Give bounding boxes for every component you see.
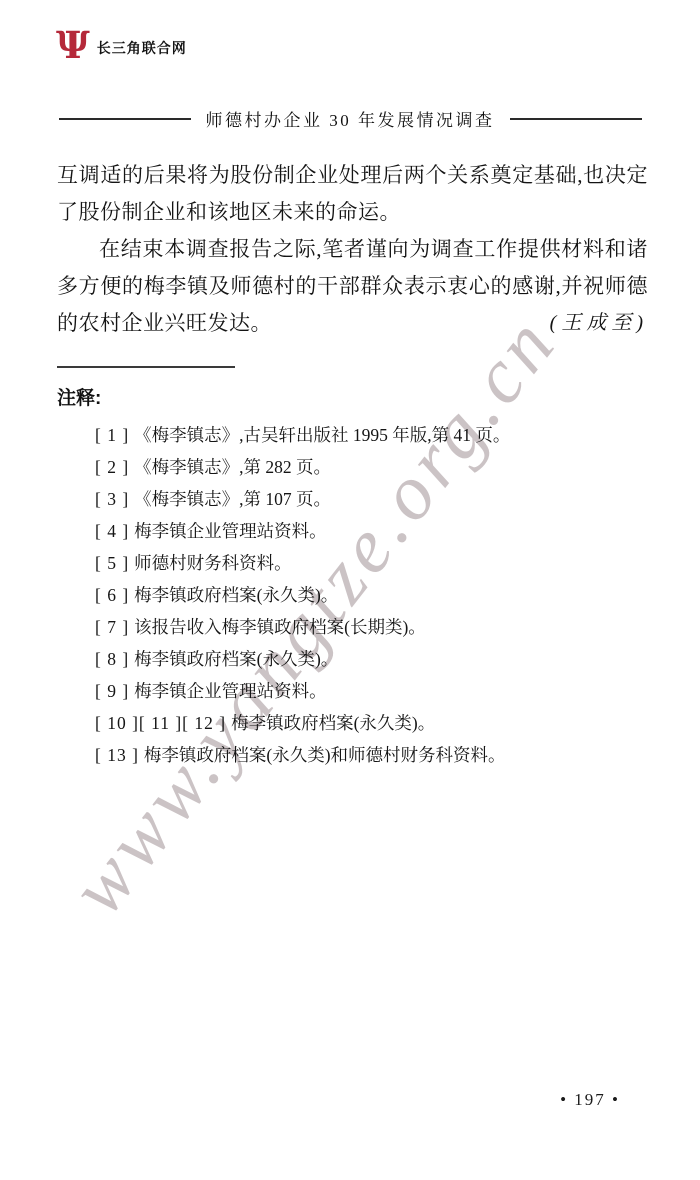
paragraph-1: 互调适的后果将为股份制企业处理后两个关系奠定基础,也决定了股份制企业和该地区未来… bbox=[57, 157, 648, 231]
note-item: [ 6 ]梅李镇政府档案(永久类)。 bbox=[95, 579, 648, 611]
note-label: [ 5 ] bbox=[95, 553, 129, 573]
note-label: [ 2 ] bbox=[95, 457, 129, 477]
note-text: 《梅李镇志》,第 282 页。 bbox=[134, 457, 331, 477]
note-text: 梅李镇政府档案(永久类)。 bbox=[134, 585, 338, 605]
note-item: [ 3 ]《梅李镇志》,第 107 页。 bbox=[95, 483, 648, 515]
note-text: 该报告收入梅李镇政府档案(长期类)。 bbox=[134, 617, 426, 637]
running-head: 师德村办企业 30 年发展情况调查 bbox=[0, 106, 700, 131]
page-number: • 197 • bbox=[560, 1090, 620, 1110]
note-label: [ 1 ] bbox=[95, 425, 129, 445]
note-text: 《梅李镇志》,古吴轩出版社 1995 年版,第 41 页。 bbox=[134, 425, 510, 445]
note-text: 梅李镇政府档案(永久类)。 bbox=[231, 713, 435, 733]
note-text: 梅李镇政府档案(永久类)和师德村财务科资料。 bbox=[144, 745, 506, 765]
note-item: [ 10 ][ 11 ][ 12 ]梅李镇政府档案(永久类)。 bbox=[95, 707, 648, 739]
note-item: [ 7 ]该报告收入梅李镇政府档案(长期类)。 bbox=[95, 611, 648, 643]
note-label: [ 13 ] bbox=[95, 745, 139, 765]
note-item: [ 9 ]梅李镇企业管理站资料。 bbox=[95, 675, 648, 707]
note-item: [ 8 ]梅李镇政府档案(永久类)。 bbox=[95, 643, 648, 675]
note-label: [ 8 ] bbox=[95, 649, 129, 669]
header-rule-left bbox=[59, 118, 191, 120]
note-item: [ 2 ]《梅李镇志》,第 282 页。 bbox=[95, 451, 648, 483]
logo-text: 长三角联合网 bbox=[97, 32, 187, 58]
note-text: 梅李镇企业管理站资料。 bbox=[134, 521, 327, 541]
note-label: [ 6 ] bbox=[95, 585, 129, 605]
note-text: 师德村财务科资料。 bbox=[134, 553, 292, 573]
note-text: 梅李镇企业管理站资料。 bbox=[134, 681, 327, 701]
header-rule-right bbox=[510, 118, 642, 120]
author-signature: (王成至) bbox=[508, 305, 648, 342]
note-text: 《梅李镇志》,第 107 页。 bbox=[134, 489, 331, 509]
notes-list: [ 1 ]《梅李镇志》,古吴轩出版社 1995 年版,第 41 页。 [ 2 ]… bbox=[95, 419, 648, 771]
note-label: [ 10 ][ 11 ][ 12 ] bbox=[95, 713, 226, 733]
page-title: 师德村办企业 30 年发展情况调查 bbox=[206, 106, 495, 131]
yangtze-logo-icon: Ψ bbox=[56, 28, 90, 62]
note-item: [ 1 ]《梅李镇志》,古吴轩出版社 1995 年版,第 41 页。 bbox=[95, 419, 648, 451]
scanned-book-page: www.yangtze.org.cn Ψ 长三角联合网 师德村办企业 30 年发… bbox=[0, 0, 700, 1180]
note-item: [ 5 ]师德村财务科资料。 bbox=[95, 547, 648, 579]
note-label: [ 3 ] bbox=[95, 489, 129, 509]
footnote-divider bbox=[57, 366, 235, 368]
body-content: 互调适的后果将为股份制企业处理后两个关系奠定基础,也决定了股份制企业和该地区未来… bbox=[57, 157, 648, 771]
site-logo: Ψ 长三角联合网 bbox=[56, 28, 187, 62]
note-text: 梅李镇政府档案(永久类)。 bbox=[134, 649, 338, 669]
paragraph-2: 在结束本调查报告之际,笔者谨向为调查工作提供材料和诸多方便的梅李镇及师德村的干部… bbox=[57, 231, 648, 342]
note-label: [ 7 ] bbox=[95, 617, 129, 637]
notes-heading: 注释: bbox=[57, 383, 648, 410]
note-item: [ 4 ]梅李镇企业管理站资料。 bbox=[95, 515, 648, 547]
note-label: [ 4 ] bbox=[95, 521, 129, 541]
note-label: [ 9 ] bbox=[95, 681, 129, 701]
note-item: [ 13 ]梅李镇政府档案(永久类)和师德村财务科资料。 bbox=[95, 739, 648, 771]
